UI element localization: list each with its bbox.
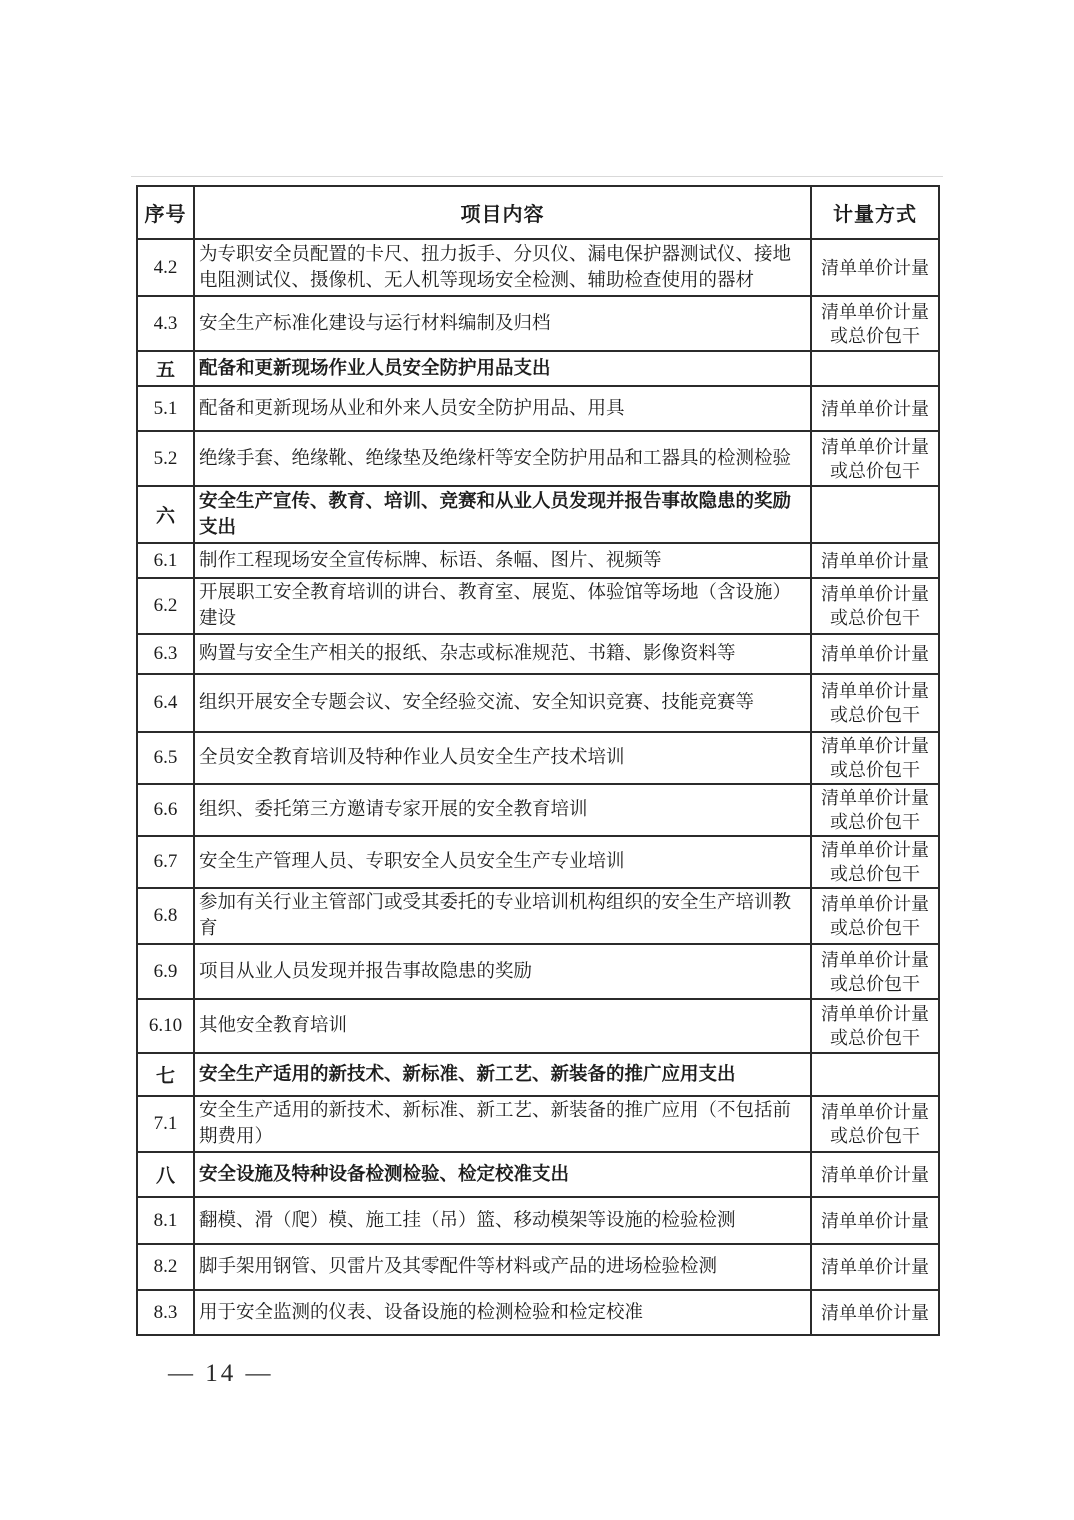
- row-measure-cell: 清单单价计量 或总价包干: [811, 431, 939, 486]
- table-row: 6.3 购置与安全生产相关的报纸、杂志或标准规范、书籍、影像资料等 清单单价计量: [137, 634, 939, 674]
- row-content-cell: 组织、委托第三方邀请专家开展的安全教育培训: [194, 784, 811, 836]
- row-no-cell: 6.4: [137, 674, 194, 732]
- row-measure-cell: 清单单价计量 或总价包干: [811, 944, 939, 999]
- expense-measurement-table: 序号 项目内容 计量方式 4.2 为专职安全员配置的卡尺、扭力扳手、分贝仪、漏电…: [136, 185, 940, 1336]
- table-row: 8.2 脚手架用钢管、贝雷片及其零配件等材料或产品的进场检验检测 清单单价计量: [137, 1244, 939, 1290]
- table-header-row: 序号 项目内容 计量方式: [137, 186, 939, 239]
- row-no-cell: 6.6: [137, 784, 194, 836]
- row-measure-cell: 清单单价计量: [811, 386, 939, 431]
- row-content-cell: 配备和更新现场从业和外来人员安全防护用品、用具: [194, 386, 811, 431]
- row-measure-cell: 清单单价计量 或总价包干: [811, 296, 939, 351]
- row-no-cell: 4.2: [137, 239, 194, 296]
- row-content-cell: 安全生产管理人员、专职安全人员安全生产专业培训: [194, 836, 811, 888]
- row-content-cell: 购置与安全生产相关的报纸、杂志或标准规范、书籍、影像资料等: [194, 634, 811, 674]
- row-measure-cell: 清单单价计量 或总价包干: [811, 732, 939, 784]
- section-row: 六 安全生产宣传、教育、培训、竞赛和从业人员发现并报告事故隐患的奖励支出: [137, 486, 939, 543]
- row-no-cell: 八: [137, 1152, 194, 1197]
- row-no-cell: 8.2: [137, 1244, 194, 1290]
- table-row: 4.2 为专职安全员配置的卡尺、扭力扳手、分贝仪、漏电保护器测试仪、接地电阻测试…: [137, 239, 939, 296]
- row-content-cell: 脚手架用钢管、贝雷片及其零配件等材料或产品的进场检验检测: [194, 1244, 811, 1290]
- row-content-cell: 其他安全教育培训: [194, 999, 811, 1053]
- row-measure-cell: 清单单价计量 或总价包干: [811, 1096, 939, 1152]
- row-measure-cell: 清单单价计量 或总价包干: [811, 888, 939, 944]
- scan-artifact-line: [131, 176, 943, 177]
- col-header-measure: 计量方式: [811, 186, 939, 239]
- row-content-cell: 绝缘手套、绝缘靴、绝缘垫及绝缘杆等安全防护用品和工器具的检测检验: [194, 431, 811, 486]
- table-row: 6.6 组织、委托第三方邀请专家开展的安全教育培训 清单单价计量 或总价包干: [137, 784, 939, 836]
- row-no-cell: 五: [137, 351, 194, 386]
- row-content-cell: 安全生产适用的新技术、新标准、新工艺、新装备的推广应用支出: [194, 1053, 811, 1096]
- row-measure-cell: 清单单价计量: [811, 1290, 939, 1335]
- table-row: 7.1 安全生产适用的新技术、新标准、新工艺、新装备的推广应用（不包括前期费用）…: [137, 1096, 939, 1152]
- row-content-cell: 组织开展安全专题会议、安全经验交流、安全知识竞赛、技能竞赛等: [194, 674, 811, 732]
- row-no-cell: 8.3: [137, 1290, 194, 1335]
- row-content-cell: 翻模、滑（爬）模、施工挂（吊）篮、移动模架等设施的检验检测: [194, 1197, 811, 1244]
- table-row: 6.1 制作工程现场安全宣传标牌、标语、条幅、图片、视频等 清单单价计量: [137, 543, 939, 578]
- row-measure-cell: [811, 1053, 939, 1096]
- row-no-cell: 6.9: [137, 944, 194, 999]
- col-header-content: 项目内容: [194, 186, 811, 239]
- section-row: 八 安全设施及特种设备检测检验、检定校准支出 清单单价计量: [137, 1152, 939, 1197]
- row-measure-cell: [811, 486, 939, 543]
- row-content-cell: 开展职工安全教育培训的讲台、教育室、展览、体验馆等场地（含设施）建设: [194, 578, 811, 634]
- row-no-cell: 6.3: [137, 634, 194, 674]
- table-row: 8.3 用于安全监测的仪表、设备设施的检测检验和检定校准 清单单价计量: [137, 1290, 939, 1335]
- row-no-cell: 七: [137, 1053, 194, 1096]
- col-header-no: 序号: [137, 186, 194, 239]
- page-number: — 14 —: [168, 1360, 274, 1388]
- row-no-cell: 8.1: [137, 1197, 194, 1244]
- row-content-cell: 全员安全教育培训及特种作业人员安全生产技术培训: [194, 732, 811, 784]
- row-no-cell: 6.7: [137, 836, 194, 888]
- row-content-cell: 配备和更新现场作业人员安全防护用品支出: [194, 351, 811, 386]
- row-no-cell: 6.8: [137, 888, 194, 944]
- row-no-cell: 4.3: [137, 296, 194, 351]
- row-measure-cell: 清单单价计量 或总价包干: [811, 999, 939, 1053]
- table-row: 4.3 安全生产标准化建设与运行材料编制及归档 清单单价计量 或总价包干: [137, 296, 939, 351]
- table-row: 5.1 配备和更新现场从业和外来人员安全防护用品、用具 清单单价计量: [137, 386, 939, 431]
- table-row: 8.1 翻模、滑（爬）模、施工挂（吊）篮、移动模架等设施的检验检测 清单单价计量: [137, 1197, 939, 1244]
- row-measure-cell: 清单单价计量 或总价包干: [811, 674, 939, 732]
- row-no-cell: 7.1: [137, 1096, 194, 1152]
- row-measure-cell: 清单单价计量: [811, 1244, 939, 1290]
- row-measure-cell: [811, 351, 939, 386]
- row-no-cell: 5.1: [137, 386, 194, 431]
- row-content-cell: 安全生产适用的新技术、新标准、新工艺、新装备的推广应用（不包括前期费用）: [194, 1096, 811, 1152]
- row-content-cell: 安全生产宣传、教育、培训、竞赛和从业人员发现并报告事故隐患的奖励支出: [194, 486, 811, 543]
- row-content-cell: 安全设施及特种设备检测检验、检定校准支出: [194, 1152, 811, 1197]
- row-no-cell: 5.2: [137, 431, 194, 486]
- row-no-cell: 6.1: [137, 543, 194, 578]
- row-measure-cell: 清单单价计量 或总价包干: [811, 836, 939, 888]
- row-no-cell: 6.2: [137, 578, 194, 634]
- row-no-cell: 6.5: [137, 732, 194, 784]
- row-content-cell: 安全生产标准化建设与运行材料编制及归档: [194, 296, 811, 351]
- row-content-cell: 项目从业人员发现并报告事故隐患的奖励: [194, 944, 811, 999]
- row-no-cell: 6.10: [137, 999, 194, 1053]
- row-measure-cell: 清单单价计量 或总价包干: [811, 784, 939, 836]
- table-row: 6.10 其他安全教育培训 清单单价计量 或总价包干: [137, 999, 939, 1053]
- section-row: 五 配备和更新现场作业人员安全防护用品支出: [137, 351, 939, 386]
- row-content-cell: 用于安全监测的仪表、设备设施的检测检验和检定校准: [194, 1290, 811, 1335]
- row-measure-cell: 清单单价计量: [811, 239, 939, 296]
- row-content-cell: 参加有关行业主管部门或受其委托的专业培训机构组织的安全生产培训教育: [194, 888, 811, 944]
- table-row: 6.4 组织开展安全专题会议、安全经验交流、安全知识竞赛、技能竞赛等 清单单价计…: [137, 674, 939, 732]
- row-content-cell: 为专职安全员配置的卡尺、扭力扳手、分贝仪、漏电保护器测试仪、接地电阻测试仪、摄像…: [194, 239, 811, 296]
- section-row: 七 安全生产适用的新技术、新标准、新工艺、新装备的推广应用支出: [137, 1053, 939, 1096]
- table-row: 6.5 全员安全教育培训及特种作业人员安全生产技术培训 清单单价计量 或总价包干: [137, 732, 939, 784]
- row-content-cell: 制作工程现场安全宣传标牌、标语、条幅、图片、视频等: [194, 543, 811, 578]
- table-row: 6.9 项目从业人员发现并报告事故隐患的奖励 清单单价计量 或总价包干: [137, 944, 939, 999]
- table-row: 5.2 绝缘手套、绝缘靴、绝缘垫及绝缘杆等安全防护用品和工器具的检测检验 清单单…: [137, 431, 939, 486]
- document-page: 序号 项目内容 计量方式 4.2 为专职安全员配置的卡尺、扭力扳手、分贝仪、漏电…: [0, 0, 1074, 1520]
- row-measure-cell: 清单单价计量 或总价包干: [811, 578, 939, 634]
- row-no-cell: 六: [137, 486, 194, 543]
- table-row: 6.8 参加有关行业主管部门或受其委托的专业培训机构组织的安全生产培训教育 清单…: [137, 888, 939, 944]
- row-measure-cell: 清单单价计量: [811, 634, 939, 674]
- row-measure-cell: 清单单价计量: [811, 1152, 939, 1197]
- row-measure-cell: 清单单价计量: [811, 543, 939, 578]
- table-row: 6.7 安全生产管理人员、专职安全人员安全生产专业培训 清单单价计量 或总价包干: [137, 836, 939, 888]
- row-measure-cell: 清单单价计量: [811, 1197, 939, 1244]
- table-row: 6.2 开展职工安全教育培训的讲台、教育室、展览、体验馆等场地（含设施）建设 清…: [137, 578, 939, 634]
